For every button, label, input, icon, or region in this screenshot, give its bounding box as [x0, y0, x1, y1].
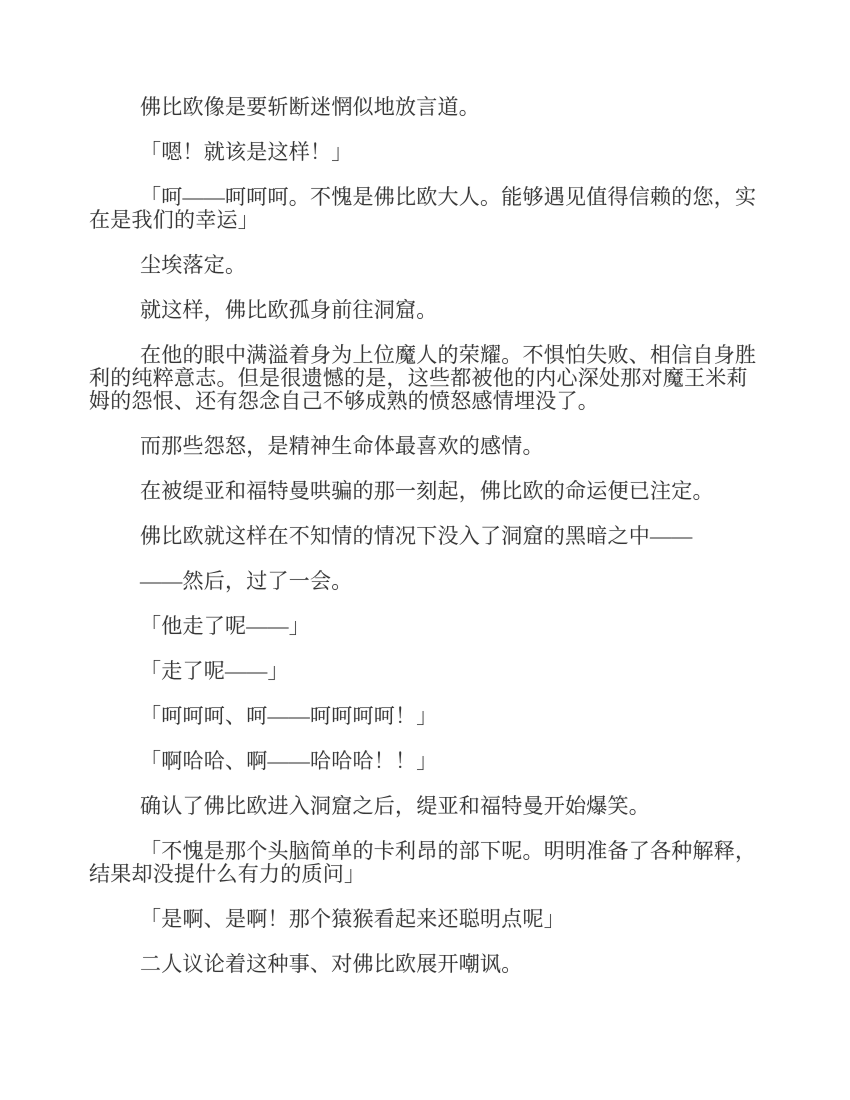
- text-line: 就这样，佛比欧孤身前往洞窟。: [89, 299, 761, 322]
- paragraph: 尘埃落定。: [89, 254, 761, 277]
- paragraph: 确认了佛比欧进入洞窟之后，缇亚和福特曼开始爆笑。: [89, 795, 761, 818]
- paragraph: ——然后，过了一会。: [89, 570, 761, 593]
- text-line: 「是啊、是啊！那个猿猴看起来还聪明点呢」: [89, 908, 761, 931]
- text-line: 「呵呵呵、呵——呵呵呵呵！」: [89, 705, 761, 728]
- text-line: 「不愧是那个头脑简单的卡利昂的部下呢。明明准备了各种解释，: [89, 840, 761, 863]
- paragraph: 在他的眼中满溢着身为上位魔人的荣耀。不惧怕失败、相信自身胜利的纯粹意志。但是很遗…: [89, 344, 761, 413]
- text-line: 在被缇亚和福特曼哄骗的那一刻起，佛比欧的命运便已注定。: [89, 480, 761, 503]
- text-line: 佛比欧就这样在不知情的情况下没入了洞窟的黑暗之中——: [89, 525, 761, 548]
- text-line: 「呵——呵呵呵。不愧是佛比欧大人。能够遇见值得信赖的您，实: [89, 186, 761, 209]
- paragraph: 「不愧是那个头脑简单的卡利昂的部下呢。明明准备了各种解释，结果却没提什么有力的质…: [89, 840, 761, 886]
- text-line: 佛比欧像是要斩断迷惘似地放言道。: [89, 96, 761, 119]
- paragraph: 「呵——呵呵呵。不愧是佛比欧大人。能够遇见值得信赖的您，实在是我们的幸运」: [89, 186, 761, 232]
- text-line: ——然后，过了一会。: [89, 570, 761, 593]
- paragraph: 在被缇亚和福特曼哄骗的那一刻起，佛比欧的命运便已注定。: [89, 480, 761, 503]
- text-line: 尘埃落定。: [89, 254, 761, 277]
- text-line: 而那些怨怒，是精神生命体最喜欢的感情。: [89, 435, 761, 458]
- paragraph: 「嗯！就该是这样！」: [89, 141, 761, 164]
- novel-page: 佛比欧像是要斩断迷惘似地放言道。「嗯！就该是这样！」「呵——呵呵呵。不愧是佛比欧…: [0, 0, 850, 1100]
- paragraph: 佛比欧就这样在不知情的情况下没入了洞窟的黑暗之中——: [89, 525, 761, 548]
- paragraph: 「是啊、是啊！那个猿猴看起来还聪明点呢」: [89, 908, 761, 931]
- text-line: 确认了佛比欧进入洞窟之后，缇亚和福特曼开始爆笑。: [89, 795, 761, 818]
- paragraph: 「呵呵呵、呵——呵呵呵呵！」: [89, 705, 761, 728]
- text-line: 在他的眼中满溢着身为上位魔人的荣耀。不惧怕失败、相信自身胜: [89, 344, 761, 367]
- paragraph: 而那些怨怒，是精神生命体最喜欢的感情。: [89, 435, 761, 458]
- paragraph: 「啊哈哈、啊——哈哈哈！！」: [89, 750, 761, 773]
- paragraph: 「走了呢——」: [89, 660, 761, 683]
- paragraph: 二人议论着这种事、对佛比欧展开嘲讽。: [89, 953, 761, 976]
- novel-text: 佛比欧像是要斩断迷惘似地放言道。「嗯！就该是这样！」「呵——呵呵呵。不愧是佛比欧…: [89, 96, 761, 998]
- text-line: 利的纯粹意志。但是很遗憾的是，这些都被他的内心深处那对魔王米莉: [89, 367, 761, 390]
- paragraph: 佛比欧像是要斩断迷惘似地放言道。: [89, 96, 761, 119]
- text-line: 结果却没提什么有力的质问」: [89, 863, 761, 886]
- text-line: 在是我们的幸运」: [89, 209, 761, 232]
- text-line: 姆的怨恨、还有怨念自己不够成熟的愤怒感情埋没了。: [89, 390, 761, 413]
- text-line: 「走了呢——」: [89, 660, 761, 683]
- text-line: 「嗯！就该是这样！」: [89, 141, 761, 164]
- text-line: 「他走了呢——」: [89, 615, 761, 638]
- text-line: 二人议论着这种事、对佛比欧展开嘲讽。: [89, 953, 761, 976]
- paragraph: 「他走了呢——」: [89, 615, 761, 638]
- paragraph: 就这样，佛比欧孤身前往洞窟。: [89, 299, 761, 322]
- text-line: 「啊哈哈、啊——哈哈哈！！」: [89, 750, 761, 773]
